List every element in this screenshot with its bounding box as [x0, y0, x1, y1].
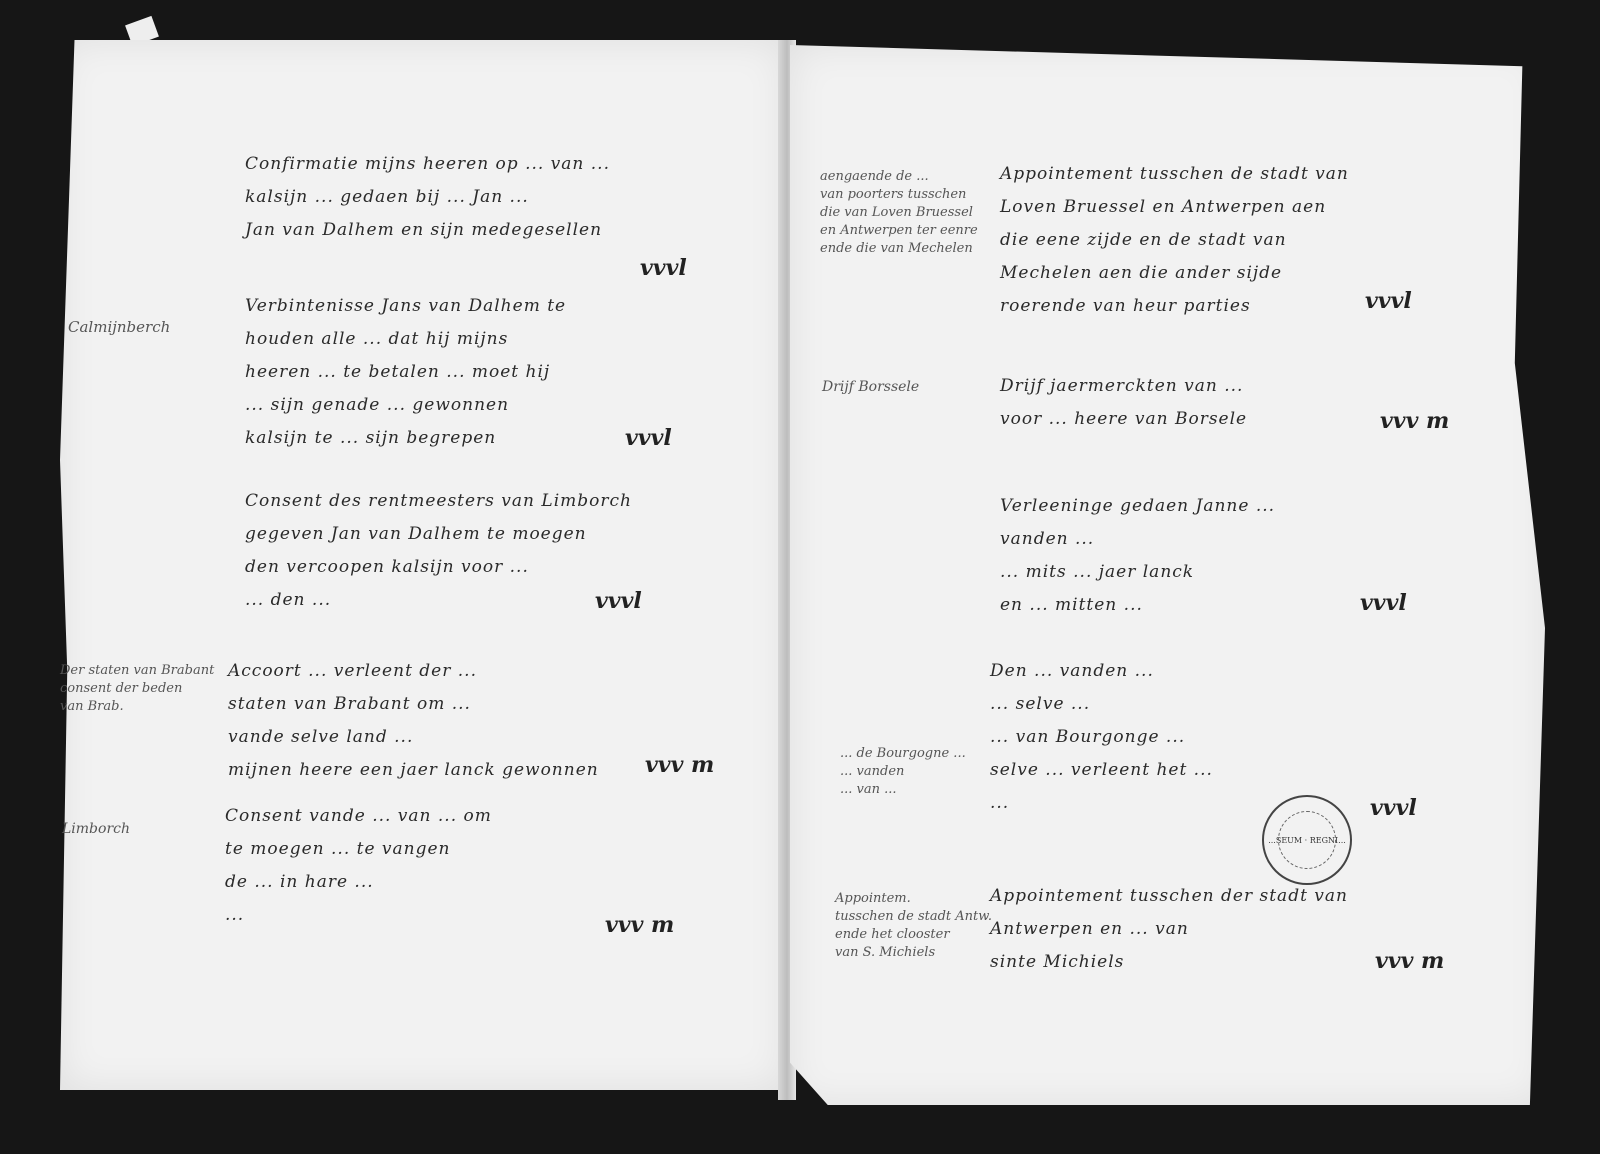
entry-right-2: Drijf jaermerckten van ... voor ... heer… [1000, 370, 1247, 436]
margin-note: aengaende de ... van poorters tusschen d… [820, 168, 978, 258]
entry-line: mijnen heere een jaer lanck gewonnen [228, 754, 599, 787]
margin-note: Calmijnberch [68, 318, 170, 336]
entry-line: heeren ... te betalen ... moet hij [245, 356, 566, 389]
entry-line: Consent vande ... van ... om [225, 800, 492, 833]
entry-line: Verleeninge gedaen Janne ... [1000, 490, 1275, 523]
entry-line: kalsijn te ... sijn begrepen [245, 422, 566, 455]
margin-note: Limborch [62, 820, 130, 838]
entry-line: selve ... verleent het ... [990, 754, 1213, 787]
entry-right-4: Den ... vanden ... ... selve ... ... van… [990, 655, 1213, 820]
entry-line: kalsijn ... gedaen bij ... Jan ... [245, 181, 610, 214]
archive-stamp: ...SEUM · REGNI... [1262, 795, 1352, 885]
entry-line: vande selve land ... [228, 721, 599, 754]
stamp-text: ...SEUM · REGNI... [1268, 836, 1346, 845]
tally-mark: vvvl [1370, 795, 1417, 821]
entry-line: Jan van Dalhem en sijn medegesellen [245, 214, 610, 247]
margin-note: Appointem. tusschen de stadt Antw. ende … [835, 890, 992, 962]
tally-mark: vvv m [645, 752, 714, 778]
entry-line: Verbintenisse Jans van Dalhem te [245, 290, 566, 323]
entry-line: gegeven Jan van Dalhem te moegen [245, 518, 632, 551]
entry-line: en ... mitten ... [1000, 589, 1275, 622]
tally-mark: vvv m [1375, 948, 1444, 974]
entry-line: ... den ... [245, 584, 632, 617]
entry-line: Confirmatie mijns heeren op ... van ... [245, 148, 610, 181]
entry-line: ... [990, 787, 1213, 820]
entry-line: ... [225, 899, 492, 932]
entry-line: sinte Michiels [990, 946, 1348, 979]
entry-line: houden alle ... dat hij mijns [245, 323, 566, 356]
entry-left-2: Verbintenisse Jans van Dalhem te houden … [245, 290, 566, 455]
entry-line: roerende van heur parties [1000, 290, 1349, 323]
entry-line: Mechelen aen die ander sijde [1000, 257, 1349, 290]
entry-line: Drijf jaermerckten van ... [1000, 370, 1247, 403]
margin-note: Der staten van Brabant consent der beden… [60, 662, 214, 716]
entry-line: voor ... heere van Borsele [1000, 403, 1247, 436]
entry-line: Antwerpen en ... van [990, 913, 1348, 946]
entry-line: ... sijn genade ... gewonnen [245, 389, 566, 422]
entry-left-5: Consent vande ... van ... om te moegen .… [225, 800, 492, 932]
entry-line: de ... in hare ... [225, 866, 492, 899]
tally-mark: vvv m [1380, 408, 1449, 434]
entry-left-3: Consent des rentmeesters van Limborch ge… [245, 485, 632, 617]
tally-mark: vvvl [625, 425, 672, 451]
entry-line: die eene zijde en de stadt van [1000, 224, 1349, 257]
tally-mark: vvvl [1365, 288, 1412, 314]
entry-line: Den ... vanden ... [990, 655, 1213, 688]
tally-mark: vvvl [1360, 590, 1407, 616]
tally-mark: vvvl [640, 255, 687, 281]
entry-line: ... mits ... jaer lanck [1000, 556, 1275, 589]
margin-note: Drijf Borssele [822, 378, 919, 396]
entry-left-1: Confirmatie mijns heeren op ... van ... … [245, 148, 610, 247]
entry-line: ... selve ... [990, 688, 1213, 721]
tally-mark: vvv m [605, 912, 674, 938]
entry-line: Loven Bruessel en Antwerpen aen [1000, 191, 1349, 224]
entry-line: staten van Brabant om ... [228, 688, 599, 721]
entry-line: Appointement tusschen der stadt van [990, 880, 1348, 913]
entry-right-1: Appointement tusschen de stadt van Loven… [1000, 158, 1349, 323]
entry-line: Accoort ... verleent der ... [228, 655, 599, 688]
margin-note: ... de Bourgogne ... ... vanden ... van … [840, 745, 966, 799]
entry-line: te moegen ... te vangen [225, 833, 492, 866]
entry-line: vanden ... [1000, 523, 1275, 556]
entry-right-5: Appointement tusschen der stadt van Antw… [990, 880, 1348, 979]
entry-left-4: Accoort ... verleent der ... staten van … [228, 655, 599, 787]
entry-line: ... van Bourgonge ... [990, 721, 1213, 754]
entry-line: Appointement tusschen de stadt van [1000, 158, 1349, 191]
entry-line: Consent des rentmeesters van Limborch [245, 485, 632, 518]
entry-line: den vercoopen kalsijn voor ... [245, 551, 632, 584]
entry-right-3: Verleeninge gedaen Janne ... vanden ... … [1000, 490, 1275, 622]
tally-mark: vvvl [595, 588, 642, 614]
